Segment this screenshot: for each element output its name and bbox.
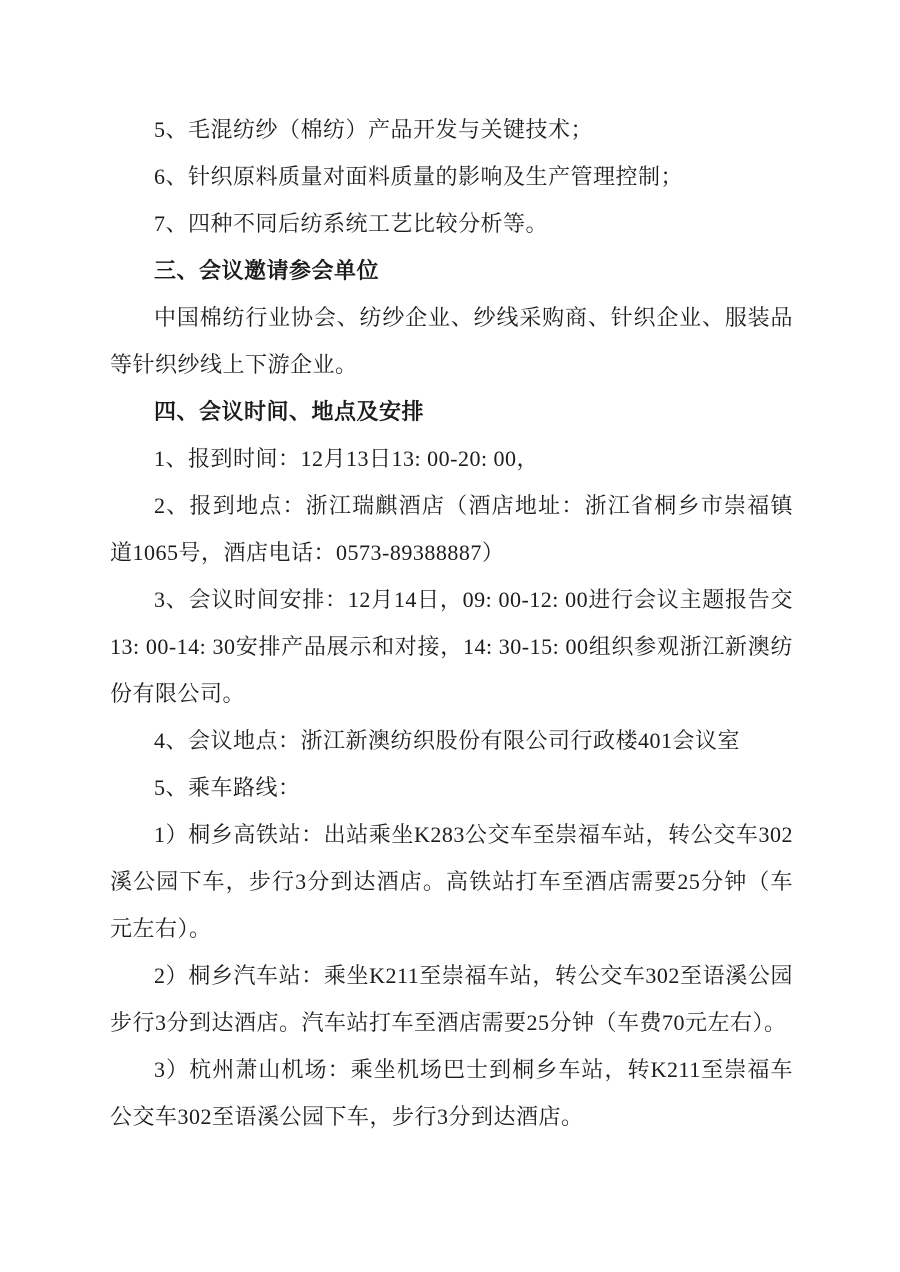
document-page: 5、毛混纺纱（棉纺）产品开发与关键技术； 6、针织原料质量对面料质量的影响及生产… [0, 0, 900, 1272]
section-4-heading: 四、会议时间、地点及安排 [110, 388, 793, 435]
topic-item-6: 6、针织原料质量对面料质量的影响及生产管理控制； [110, 153, 793, 200]
invited-units-line-2: 等针织纱线上下游企业。 [110, 341, 793, 388]
checkin-location-line-1: 2、报到地点：浙江瑞麒酒店（酒店地址：浙江省桐乡市崇福镇崇民大 [110, 482, 793, 529]
topic-item-5: 5、毛混纺纱（棉纺）产品开发与关键技术； [110, 106, 793, 153]
route-coach-line-1: 2）桐乡汽车站：乘坐K211至崇福车站，转公交车302至语溪公园下车， [110, 952, 793, 999]
schedule-line-2: 13: 00-14: 30安排产品展示和对接，14: 30-15: 00组织参观… [110, 623, 793, 670]
meeting-location-line: 4、会议地点：浙江新澳纺织股份有限公司行政楼401会议室 [110, 717, 793, 764]
transport-heading-line: 5、乘车路线： [110, 764, 793, 811]
section-3-heading: 三、会议邀请参会单位 [110, 247, 793, 294]
route-hsr-line-3: 元左右）。 [110, 905, 793, 952]
route-airport-line-2: 公交车302至语溪公园下车，步行3分到达酒店。 [110, 1093, 793, 1140]
route-airport-line-1: 3）杭州萧山机场：乘坐机场巴士到桐乡车站，转K211至崇福车站，转 [110, 1046, 793, 1093]
checkin-location-line-2: 道1065号，酒店电话：0573-89388887） [110, 529, 793, 576]
invited-units-line-1: 中国棉纺行业协会、纺纱企业、纱线采购商、针织企业、服装品牌商 [110, 294, 793, 341]
route-hsr-line-1: 1）桐乡高铁站：出站乘坐K283公交车至崇福车站，转公交车302至语 [110, 811, 793, 858]
checkin-time-line: 1、报到时间：12月13日13: 00-20: 00， [110, 435, 793, 482]
topic-item-7: 7、四种不同后纺系统工艺比较分析等。 [110, 200, 793, 247]
route-hsr-line-2: 溪公园下车，步行3分到达酒店。高铁站打车至酒店需要25分钟（车费70 [110, 858, 793, 905]
schedule-line-3: 份有限公司。 [110, 670, 793, 717]
schedule-line-1: 3、会议时间安排：12月14日，09: 00-12: 00进行会议主题报告交流， [110, 576, 793, 623]
route-coach-line-2: 步行3分到达酒店。汽车站打车至酒店需要25分钟（车费70元左右）。 [110, 999, 793, 1046]
